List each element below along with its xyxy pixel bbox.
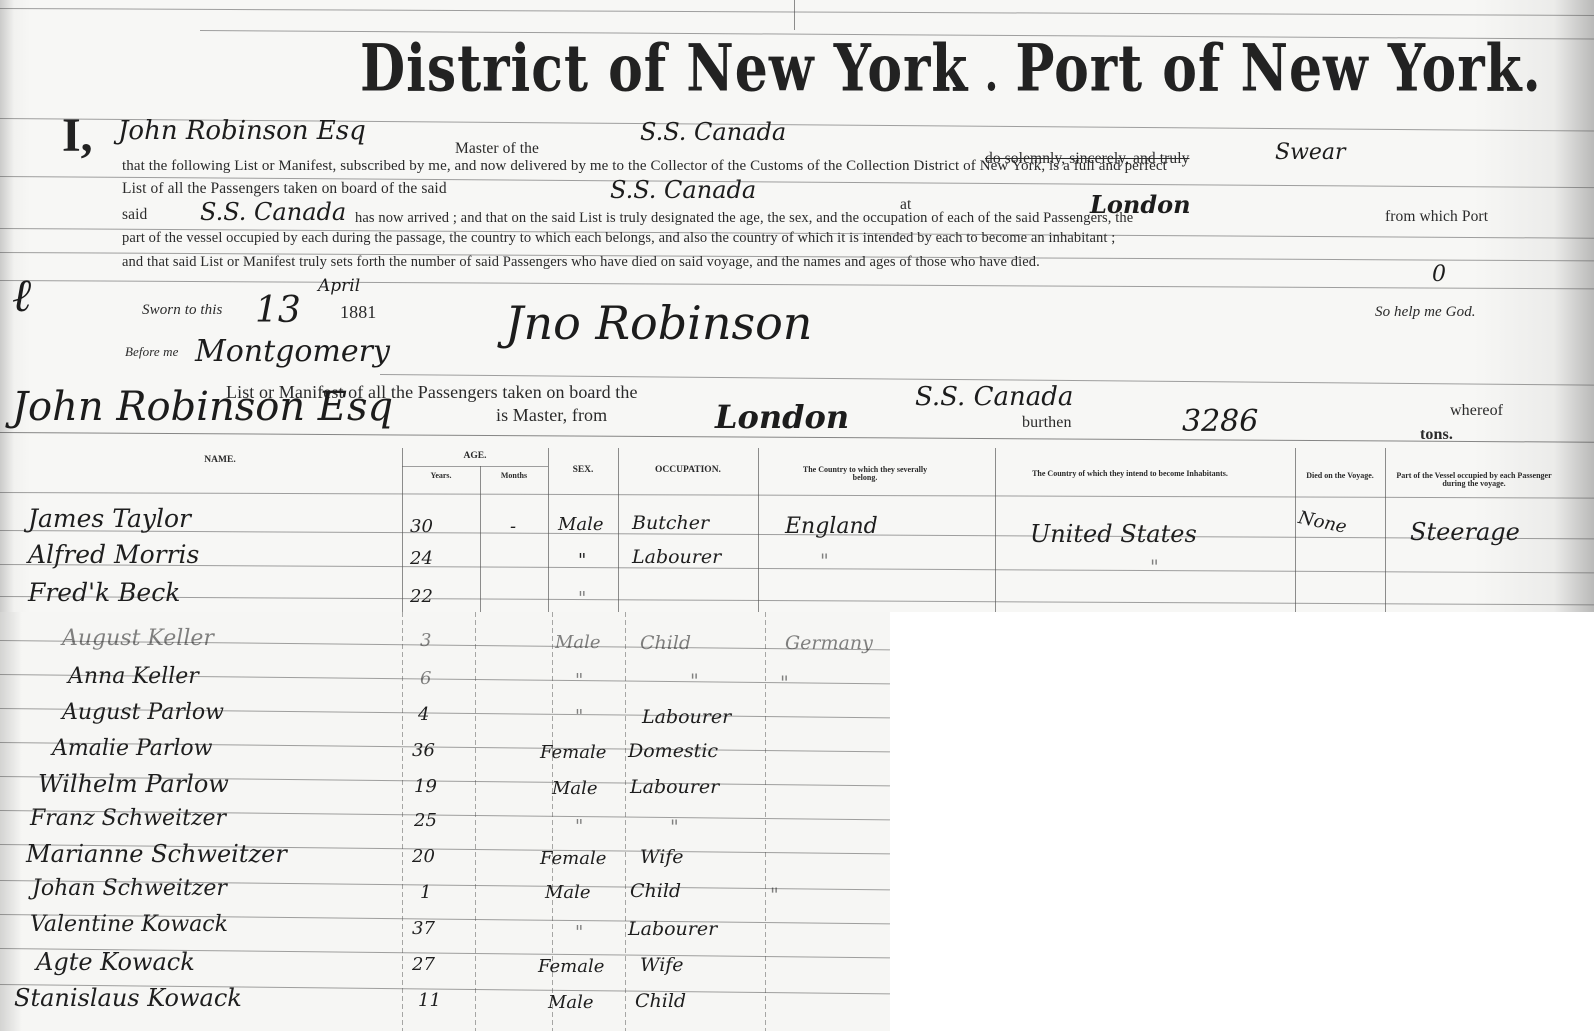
column-header-part-vessel: Part of the Vessel occupied by each Pass… <box>1388 472 1560 489</box>
passenger-name: Anna Keller <box>68 664 199 689</box>
passenger-occupation: " <box>670 816 679 838</box>
passenger-name: Amalie Parlow <box>52 736 213 761</box>
passenger-sex: Female <box>540 848 606 869</box>
passenger-name: Franz Schweitzer <box>30 806 226 831</box>
passenger-age-years: 20 <box>412 846 435 867</box>
passenger-name: Valentine Kowack <box>30 912 228 937</box>
sworn-month-handwritten: April <box>318 276 360 296</box>
passenger-name: Marianne Schweitzer <box>26 840 287 868</box>
column-divider <box>475 612 476 1031</box>
passenger-age-years: 24 <box>410 548 433 569</box>
sworn-day-handwritten: 13 <box>255 290 301 331</box>
passenger-sex: Male <box>555 632 601 653</box>
passenger-age-years: 1 <box>420 882 431 903</box>
passenger-occupation: Child <box>630 880 681 902</box>
passenger-age-years: 25 <box>414 810 437 831</box>
column-header-name: NAME. <box>180 456 260 466</box>
passenger-country-belong: Germany <box>785 632 873 654</box>
column-header-age: AGE. <box>402 452 548 462</box>
oath-line-6: and that said List or Manifest truly set… <box>122 254 1040 271</box>
officer-signature-handwritten: Montgomery <box>195 334 390 369</box>
passenger-name: Wilhelm Parlow <box>38 770 229 798</box>
oath-line-3: List of all the Passengers taken on boar… <box>122 180 447 198</box>
header-bottom-rule <box>0 492 1594 499</box>
passenger-age-years: 37 <box>412 918 435 939</box>
master-of-label: Master of the <box>455 140 539 158</box>
passenger-sex: Female <box>540 742 606 763</box>
column-header-years: Years. <box>402 472 480 480</box>
column-divider <box>625 612 626 1031</box>
passenger-name: Fred'k Beck <box>28 578 180 607</box>
fold-mark <box>794 0 795 30</box>
column-divider <box>480 466 481 612</box>
passenger-occupation: Labourer <box>628 918 717 940</box>
clerk-mark-handwritten: ℓ <box>12 268 31 322</box>
passenger-name: Stanislaus Kowack <box>14 984 242 1012</box>
passenger-age-years: 11 <box>418 990 441 1011</box>
oath-line-4: has now arrived ; and that on the said L… <box>355 210 1133 227</box>
passenger-age-years: 4 <box>418 704 429 725</box>
ruled-line <box>0 8 1594 16</box>
blank-area <box>890 612 1594 1031</box>
passenger-country-belong: England <box>785 514 878 539</box>
burthen-value-handwritten: 3286 <box>1182 404 1258 439</box>
burthen-label: burthen <box>1022 414 1072 432</box>
column-divider <box>1385 448 1386 612</box>
vessel-handwritten-1: S.S. Canada <box>640 118 786 146</box>
sworn-label: Sworn to this <box>142 302 222 319</box>
passenger-age-months: - <box>510 516 516 537</box>
passenger-occupation: Labourer <box>642 706 731 728</box>
column-header-sex: SEX. <box>548 466 618 476</box>
passenger-age-years: 6 <box>420 668 431 689</box>
passenger-sex: Male <box>548 992 594 1013</box>
vessel-handwritten-2: S.S. Canada <box>610 176 756 204</box>
passenger-name: August Parlow <box>62 700 224 725</box>
passenger-sex: Male <box>558 514 604 535</box>
passenger-country-belong: " <box>820 550 829 572</box>
column-header-country-belong: The Country to which they severally belo… <box>790 466 940 483</box>
age-header-rule <box>402 466 548 467</box>
passenger-sex: " <box>578 550 586 571</box>
passenger-occupation: Wife <box>640 846 684 868</box>
passenger-country-intend: " <box>1150 556 1159 578</box>
sworn-year: 1881 <box>340 302 376 323</box>
died-count-handwritten: 0 <box>1432 262 1446 287</box>
passenger-occupation: Child <box>635 990 686 1012</box>
oath-line-5: part of the vessel occupied by each duri… <box>122 230 1115 247</box>
passenger-name: Johan Schweitzer <box>32 876 227 901</box>
passenger-occupation: Butcher <box>632 512 709 534</box>
master-name-handwritten: John Robinson Esq <box>118 116 366 146</box>
passenger-country-belong: " <box>780 672 789 694</box>
page-title: District of New York.Port of New York. <box>360 30 1260 106</box>
row-rule <box>0 596 1594 605</box>
manifest-sheet-upper: District of New York.Port of New York. I… <box>0 0 1594 612</box>
column-divider <box>765 612 766 1031</box>
is-master-from-label: is Master, from <box>496 405 607 426</box>
manifest-sheet-lower: August Keller 3 Male Child Germany Anna … <box>0 612 890 1031</box>
passenger-age-years: 19 <box>414 776 437 797</box>
manifest-from-port-handwritten: London <box>715 398 849 436</box>
swear-handwritten: Swear <box>1275 140 1346 165</box>
passenger-sex: " <box>575 922 583 943</box>
passenger-sex: Male <box>552 778 598 799</box>
row-rule <box>0 564 1594 573</box>
passenger-age-years: 30 <box>410 516 433 537</box>
passenger-sex: " <box>575 706 583 727</box>
from-which-port-label: from which Port <box>1385 208 1488 226</box>
before-me-label: Before me <box>125 344 178 360</box>
said-label: said <box>122 206 147 224</box>
column-header-months: Months <box>480 472 548 480</box>
passenger-occupation: Labourer <box>632 546 721 568</box>
passenger-country-belong: " <box>770 884 779 906</box>
oath-pronoun: I, <box>62 108 93 163</box>
passenger-name: Agte Kowack <box>36 948 195 976</box>
title-port: Port of New York <box>1015 30 1522 106</box>
column-header-died: Died on the Voyage. <box>1295 472 1385 480</box>
ruled-line <box>0 280 1594 289</box>
column-divider <box>758 448 759 612</box>
passenger-occupation: Labourer <box>630 776 719 798</box>
passenger-occupation: Child <box>640 632 691 654</box>
passenger-sex: Female <box>538 956 604 977</box>
column-divider <box>995 448 996 612</box>
passenger-age-years: 36 <box>412 740 435 761</box>
column-header-occupation: OCCUPATION. <box>618 466 758 476</box>
column-divider <box>402 612 403 1031</box>
vessel-handwritten-3: S.S. Canada <box>200 198 346 226</box>
column-header-country-intend: The Country of which they intend to beco… <box>1015 470 1245 478</box>
master-signature-handwritten: Jno Robinson <box>505 296 812 350</box>
passenger-sex: Male <box>545 882 591 903</box>
passenger-age-years: 27 <box>412 954 435 975</box>
passenger-part-vessel: Steerage <box>1410 518 1520 546</box>
passenger-age-years: 3 <box>420 630 431 651</box>
passenger-country-intend: United States <box>1030 520 1197 548</box>
passenger-sex: " <box>578 588 586 609</box>
passenger-occupation: Domestic <box>628 740 718 762</box>
passenger-sex: " <box>575 670 583 691</box>
manifest-master-handwritten: John Robinson Esq <box>12 384 393 430</box>
passenger-occupation: Wife <box>640 954 684 976</box>
passenger-age-years: 22 <box>410 586 433 607</box>
title-district: District of New York <box>360 30 968 106</box>
so-help-me-god-label: So help me God. <box>1375 304 1476 321</box>
passenger-occupation: " <box>690 670 699 692</box>
passenger-name: Alfred Morris <box>28 540 199 569</box>
manifest-vessel-handwritten: S.S. Canada <box>915 382 1073 412</box>
passenger-name: August Keller <box>62 626 214 651</box>
passenger-sex: " <box>575 816 583 837</box>
passenger-name: James Taylor <box>28 504 191 533</box>
passenger-died: None <box>1296 507 1348 538</box>
whereof-label: whereof <box>1450 402 1503 420</box>
oath-line-2: that the following List or Manifest, sub… <box>122 158 1167 175</box>
